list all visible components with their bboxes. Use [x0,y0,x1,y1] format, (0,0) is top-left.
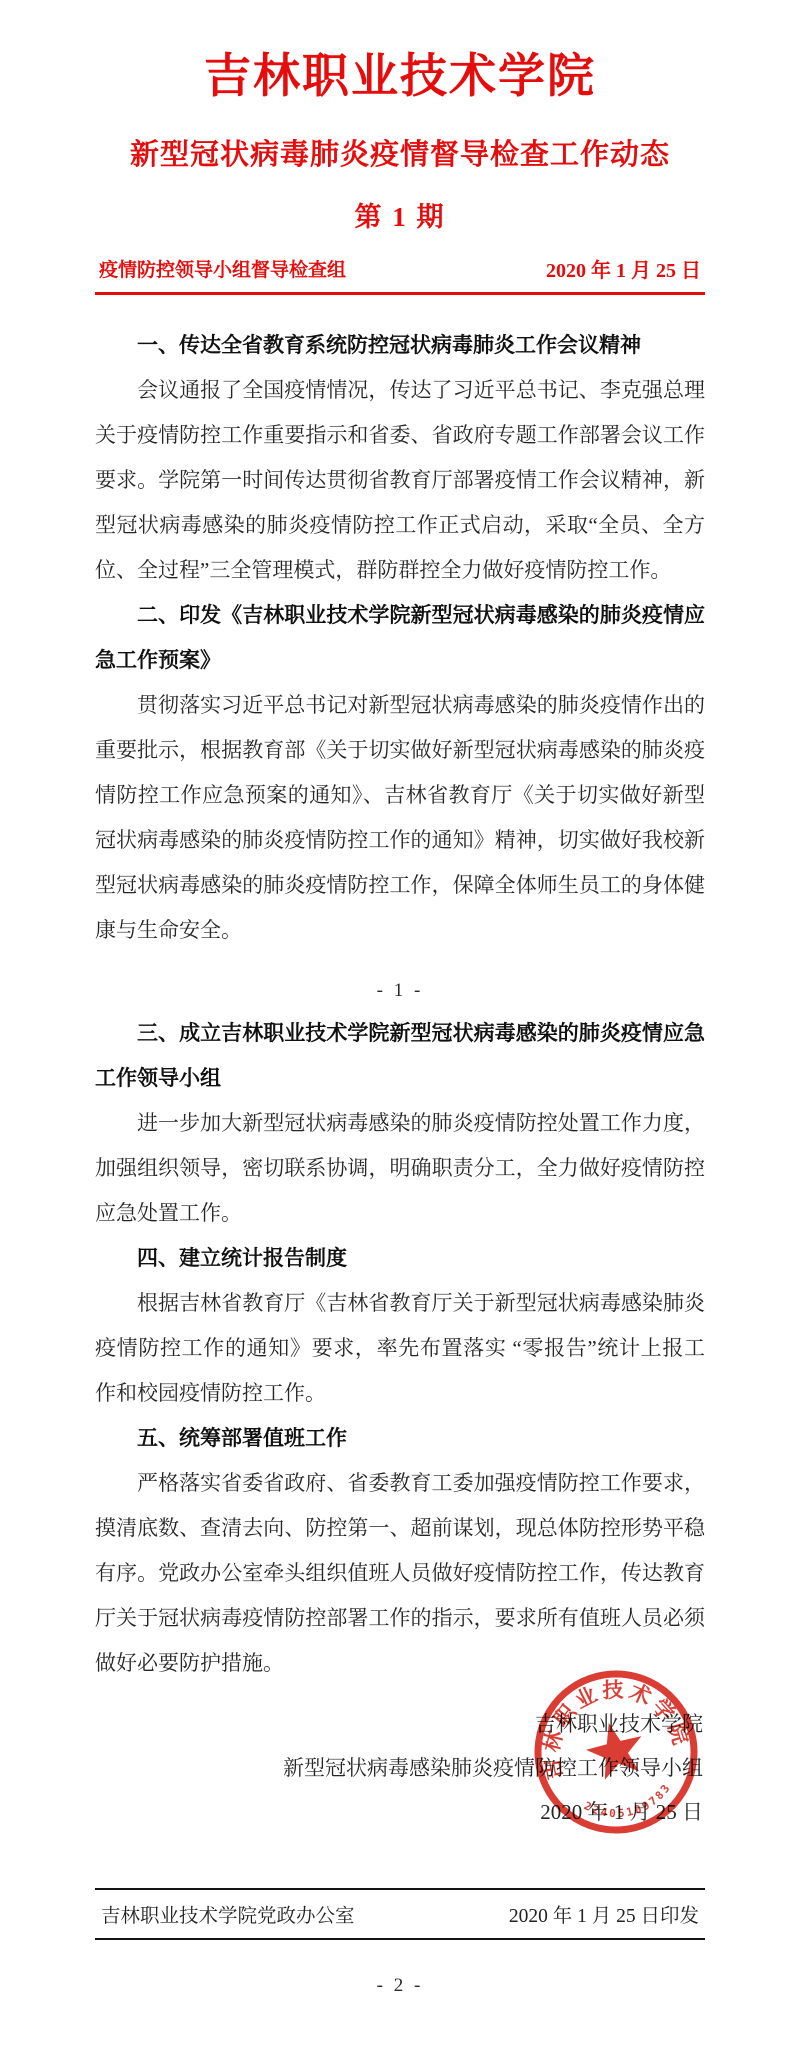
section-heading: 三、成立吉林职业技术学院新型冠状病毒感染的肺炎疫情应急工作领导小组 [95,1011,705,1101]
signature-group: 新型冠状病毒感染肺炎疫情防控工作领导小组 [95,1746,705,1790]
section-heading: 一、传达全省教育系统防控冠状病毒肺炎工作会议精神 [95,323,705,368]
colophon-office: 吉林职业技术学院党政办公室 [101,1900,355,1928]
page2-sections: 三、成立吉林职业技术学院新型冠状病毒感染的肺炎疫情应急工作领导小组进一步加大新型… [95,1011,705,1686]
paragraph: 根据吉林省教育厅《吉林省教育厅关于新型冠状病毒感染肺炎疫情防控工作的通知》要求，… [95,1281,705,1416]
paragraph: 严格落实省委省政府、省委教育工委加强疫情防控工作要求，摸清底数、查清去向、防控第… [95,1461,705,1686]
document-page: 吉林职业技术学院 新型冠状病毒肺炎疫情督导检查工作动态 第 1 期 疫情防控领导… [0,50,800,1834]
colophon-band: 吉林职业技术学院党政办公室 2020 年 1 月 25 日印发 [95,1888,705,1940]
section-heading: 二、印发《吉林职业技术学院新型冠状病毒感染的肺炎疫情应急工作预案》 [95,593,705,683]
document-title: 新型冠状病毒肺炎疫情督导检查工作动态 [95,138,705,172]
page1-number: - 1 - [95,979,705,1003]
page2-number: - 2 - [0,1975,800,1997]
section-heading: 四、建立统计报告制度 [95,1236,705,1281]
issue-number: 第 1 期 [95,202,705,232]
paragraph: 贯彻落实习近平总书记对新型冠状病毒感染的肺炎疫情作出的重要批示，根据教育部《关于… [95,683,705,953]
organization-title: 吉林职业技术学院 [95,50,705,104]
paragraph: 会议通报了全国疫情情况，传达了习近平总书记、李克强总理关于疫情防控工作重要指示和… [95,368,705,593]
page1-sections: 一、传达全省教育系统防控冠状病毒肺炎工作会议精神会议通报了全国疫情情况，传达了习… [95,323,705,953]
document-body: 一、传达全省教育系统防控冠状病毒肺炎工作会议精神会议通报了全国疫情情况，传达了习… [95,323,705,1834]
signature-date: 2020 年 1 月 25 日 [95,1790,705,1834]
signature-org: 吉林职业技术学院 [95,1702,705,1746]
issuing-group-label: 疫情防控领导小组督导检查组 [99,258,346,284]
colophon-print-date: 2020 年 1 月 25 日印发 [509,1900,699,1928]
signature-block: 吉林职业技术学院 新型冠状病毒感染肺炎疫情防控工作领导小组 2020 年 1 月… [95,1702,705,1834]
issue-date: 2020 年 1 月 25 日 [546,258,701,284]
section-heading: 五、统筹部署值班工作 [95,1416,705,1461]
masthead-info-row: 疫情防控领导小组督导检查组 2020 年 1 月 25 日 [95,258,705,295]
paragraph: 进一步加大新型冠状病毒感染的肺炎疫情防控处置工作力度，加强组织领导，密切联系协调… [95,1101,705,1236]
